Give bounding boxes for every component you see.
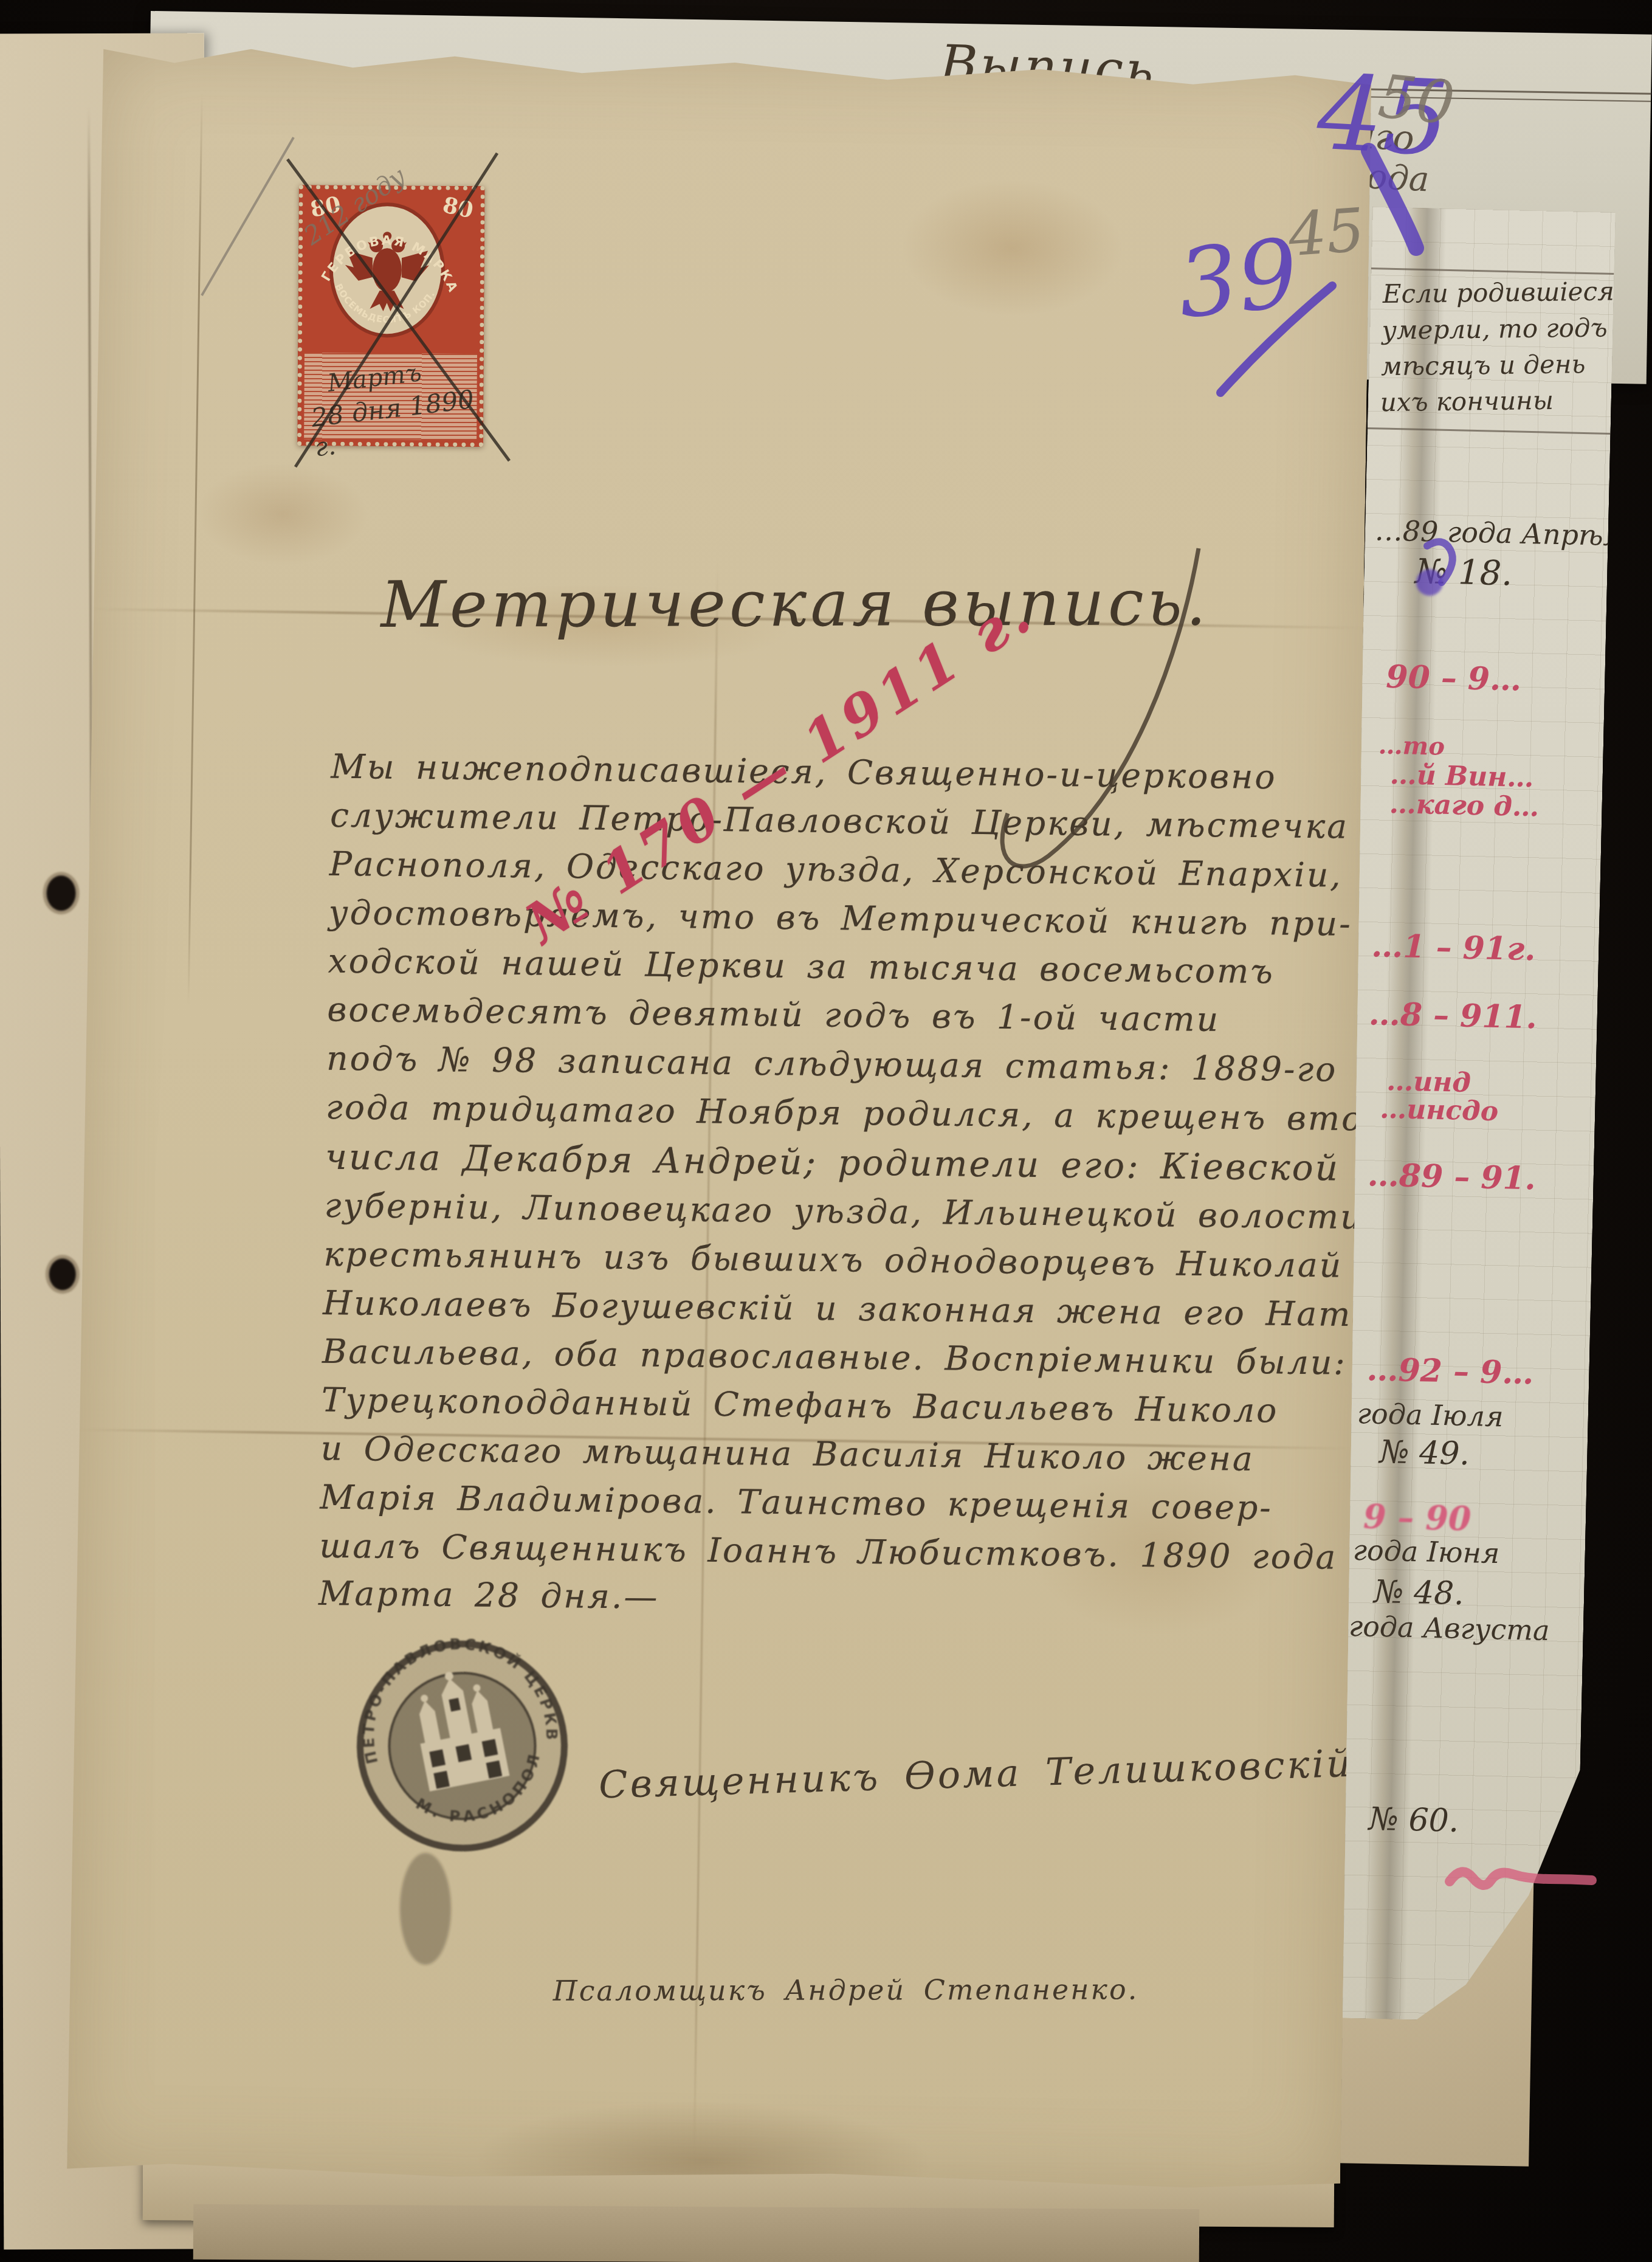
ledger-entry: …89 года Апрѣля bbox=[1374, 514, 1640, 553]
ledger-entry: …92 – 9… bbox=[1366, 1351, 1534, 1391]
ledger-entry: № 18. bbox=[1415, 552, 1513, 594]
body-line: удостовѣряемъ, что въ Метрической книгѣ … bbox=[328, 893, 1352, 943]
document-title: Метрическая выпись. bbox=[380, 565, 1210, 642]
fold-crease bbox=[188, 93, 203, 1005]
ledger-entry: № 60. bbox=[1368, 1801, 1459, 1840]
body-line: числа Декабря Андрей; родители его: Кіев… bbox=[325, 1136, 1340, 1189]
body-line: Марта 28 дня.— bbox=[318, 1574, 659, 1616]
priest-signature: Священникъ Ѳома Телишковскій bbox=[598, 1741, 1354, 1807]
body-line: Раснополя, Одесскаго уѣзда, Херсонской Е… bbox=[329, 844, 1343, 895]
archival-photo: Выпись …жскаго 890 года Если родившіеся … bbox=[0, 0, 1652, 2262]
body-line: крестьянинъ изъ бывшихъ однодворцевъ Ник… bbox=[323, 1235, 1343, 1285]
body-line: Мы нижеподписавшіеся, Священно-и-церковн… bbox=[331, 747, 1277, 797]
punch-hole bbox=[49, 1258, 76, 1290]
psalmist-signature: Псаломщикъ Андрей Степаненко. bbox=[553, 1973, 1139, 2007]
body-line: ходской нашей Церкви за тысяча восемьсот… bbox=[328, 941, 1275, 991]
body-line: года тридцатаго Ноября родился, а крещен… bbox=[326, 1088, 1450, 1139]
ledger-header-line: Если родившіеся bbox=[1383, 276, 1615, 309]
ledger-entry: 9 – 90 bbox=[1363, 1497, 1471, 1538]
ledger-entry: года Іюля bbox=[1357, 1397, 1504, 1433]
body-line: и Одесскаго мѣщанина Василія Николо жена bbox=[320, 1429, 1254, 1478]
punch-hole bbox=[46, 875, 75, 911]
ledger-header-line: ихъ кончины bbox=[1380, 385, 1554, 417]
bottom-sheet-edge bbox=[193, 2204, 1199, 2262]
body-line: подъ № 98 записана слѣдующая статья: 188… bbox=[326, 1039, 1338, 1089]
pencil-number: 50 bbox=[1375, 62, 1458, 139]
body-line: служители Петро-Павловской Церкви, мѣсте… bbox=[330, 796, 1349, 846]
ledger-header-line: мѣсяцъ и день bbox=[1381, 349, 1586, 381]
body-line: Васильева, оба православные. Воспріемник… bbox=[322, 1332, 1347, 1382]
ledger-entry: …каго д… bbox=[1389, 788, 1539, 823]
body-line: Николаевъ Богушевскій и законная жена ег… bbox=[323, 1283, 1434, 1335]
church-seal: ПЕТРО-ПАВЛОВСКОЙ ЦЕРКВИ М. РАСНОПОЛЯ bbox=[330, 1614, 594, 1878]
ledger-entry: …инсдо bbox=[1380, 1094, 1499, 1127]
ledger-entry: года Іюня bbox=[1352, 1534, 1500, 1570]
ledger-entry: …89 – 91. bbox=[1367, 1156, 1536, 1197]
purple-number: 39 bbox=[1172, 218, 1303, 340]
body-line: губерніи, Липовецкаго уѣзда, Ильинецкой … bbox=[324, 1186, 1364, 1236]
stamp-cancellation-tab: Мартъ 28 дня 1890 г. bbox=[304, 353, 477, 440]
body-line: шалъ Священникъ Іоаннъ Любистковъ. 1890 … bbox=[319, 1526, 1338, 1577]
ledger-entry: № 49. bbox=[1379, 1434, 1470, 1472]
ledger-header-line: умерли, то годъ bbox=[1382, 312, 1608, 345]
body-line: восемьдесятъ девятый годъ въ 1-ой части bbox=[327, 990, 1220, 1039]
ledger-entry: № 48. bbox=[1374, 1574, 1465, 1612]
ledger-entry: 90 – 9… bbox=[1386, 658, 1522, 698]
pencil-number: 45 bbox=[1286, 196, 1366, 270]
body-line: Турецкоподданный Стефанъ Васильевъ Никол… bbox=[322, 1380, 1279, 1430]
ledger-entry: …1 – 91г. bbox=[1371, 927, 1536, 968]
ledger-entry: …то bbox=[1378, 731, 1445, 760]
body-line: Марія Владимірова. Таинство крещенія сов… bbox=[320, 1477, 1273, 1527]
ledger-entry: …8 – 911. bbox=[1368, 995, 1537, 1036]
metric-extract-document: ГЕРБОВАЯ МАРКА ВОСЕМЬДЕСЯТЪ КОП. 80 80 М… bbox=[67, 43, 1372, 2192]
ledger-entry: года Августа bbox=[1348, 1610, 1550, 1647]
metric-book-ledger-sheet: Если родившіеся умерли, то годъ мѣсяцъ и… bbox=[1331, 207, 1616, 2023]
